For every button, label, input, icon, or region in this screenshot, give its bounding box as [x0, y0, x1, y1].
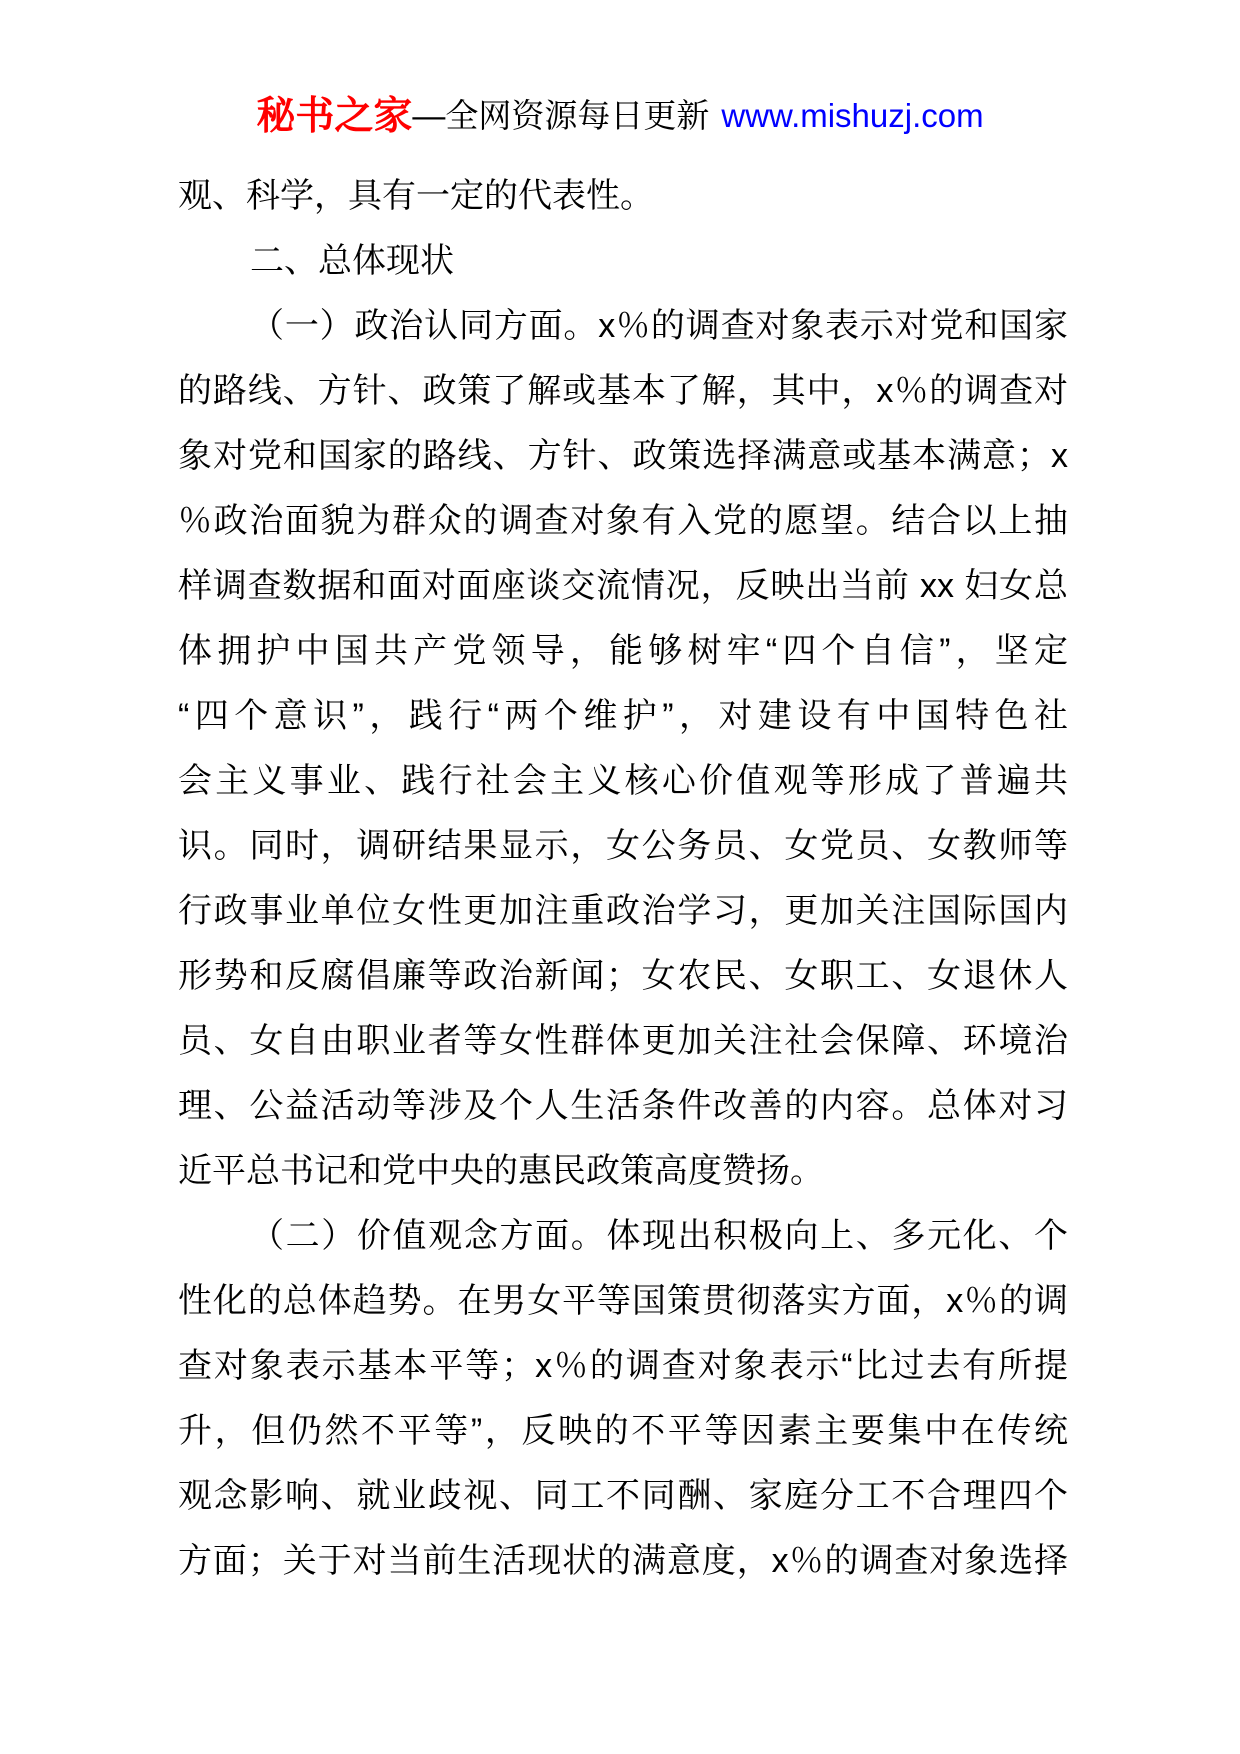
text-line: ％政治面貌为群众的调查对象有入党的愿望。结合以上抽 — [178, 489, 1068, 554]
text-line: 方面；关于对当前生活现状的满意度，x％的调查对象选择 — [178, 1529, 1068, 1594]
text-line: 会主义事业、践行社会主义核心价值观等形成了普遍共 — [178, 749, 1068, 814]
text-line: 二、总体现状 — [178, 229, 1068, 294]
document-page: 秘书之家—全网资源每日更新www.mishuzj.com 观、科学，具有一定的代… — [0, 0, 1240, 1754]
site-url-link[interactable]: www.mishuzj.com — [721, 97, 983, 134]
text-line: （一）政治认同方面。x％的调查对象表示对党和国家 — [178, 294, 1068, 359]
text-line: （二）价值观念方面。体现出积极向上、多元化、个 — [178, 1204, 1068, 1269]
text-line: 升，但仍然不平等”，反映的不平等因素主要集中在传统 — [178, 1399, 1068, 1464]
text-line: 行政事业单位女性更加注重政治学习，更加关注国际国内 — [178, 879, 1068, 944]
text-line: 性化的总体趋势。在男女平等国策贯彻落实方面，x％的调 — [178, 1269, 1068, 1334]
text-line: 体拥护中国共产党领导，能够树牢“四个自信”，坚定 — [178, 619, 1068, 684]
text-line: 形势和反腐倡廉等政治新闻；女农民、女职工、女退休人 — [178, 944, 1068, 1009]
text-line: 象对党和国家的路线、方针、政策选择满意或基本满意；x — [178, 424, 1068, 489]
text-line: 识。同时，调研结果显示，女公务员、女党员、女教师等 — [178, 814, 1068, 879]
site-brand: 秘书之家 — [256, 95, 412, 138]
text-line: 样调查数据和面对面座谈交流情况，反映出当前 xx 妇女总 — [178, 554, 1068, 619]
site-tagline: —全网资源每日更新 — [412, 97, 709, 134]
text-line: 的路线、方针、政策了解或基本了解，其中，x％的调查对 — [178, 359, 1068, 424]
document-body: 观、科学，具有一定的代表性。二、总体现状（一）政治认同方面。x％的调查对象表示对… — [178, 164, 1068, 1594]
text-line: 理、公益活动等涉及个人生活条件改善的内容。总体对习 — [178, 1074, 1068, 1139]
site-header: 秘书之家—全网资源每日更新www.mishuzj.com — [0, 0, 1240, 139]
text-line: 员、女自由职业者等女性群体更加关注社会保障、环境治 — [178, 1009, 1068, 1074]
text-line: “四个意识”，践行“两个维护”，对建设有中国特色社 — [178, 684, 1068, 749]
text-line: 观、科学，具有一定的代表性。 — [178, 164, 1068, 229]
text-line: 查对象表示基本平等；x％的调查对象表示“比过去有所提 — [178, 1334, 1068, 1399]
text-line: 近平总书记和党中央的惠民政策高度赞扬。 — [178, 1139, 1068, 1204]
text-line: 观念影响、就业歧视、同工不同酬、家庭分工不合理四个 — [178, 1464, 1068, 1529]
